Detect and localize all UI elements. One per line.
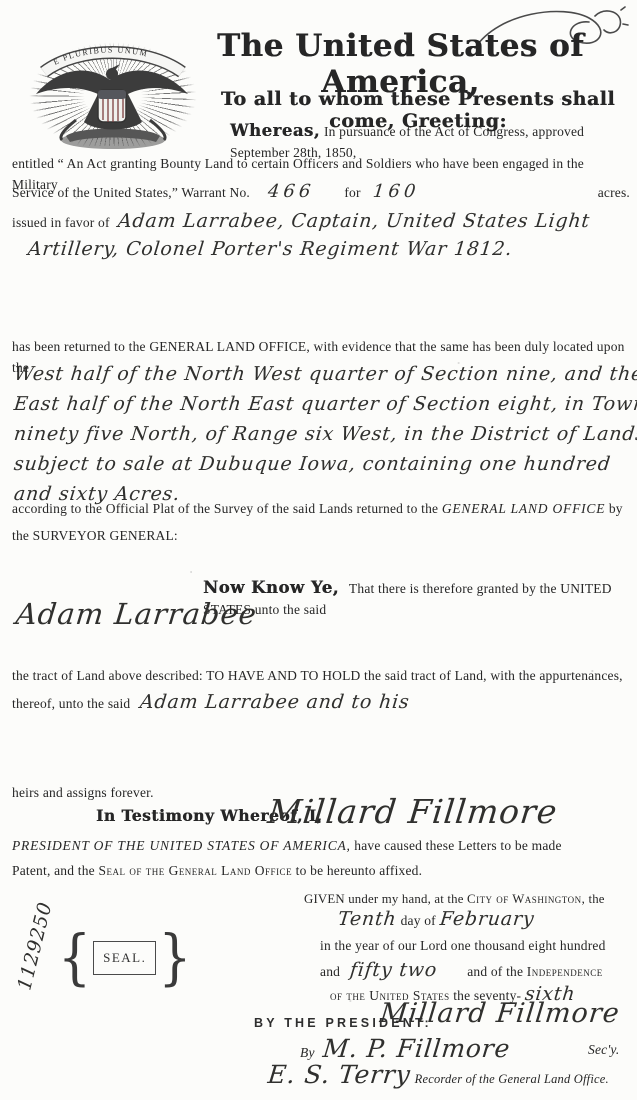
seal-brace-right: } — [158, 924, 191, 993]
heirs-line: heirs and assigns forever. — [12, 783, 154, 804]
president-signature: Millard Fillmore — [378, 998, 621, 1029]
secretary-title: Sec'y. — [588, 1040, 619, 1061]
grantee-signature: Adam Larrabee — [14, 597, 259, 631]
acres-value: 160 — [372, 181, 421, 202]
land-description-line: ninety five North, of Range six West, in… — [12, 420, 637, 449]
issued-label: issued in favor of — [12, 215, 110, 230]
given-year-line2: and fifty two and of the Independence — [320, 959, 632, 983]
now-know-ye-lead: Now Know Ye, — [203, 578, 339, 597]
seal-mark: { SEAL. } — [58, 928, 191, 988]
by-label: By — [300, 1045, 315, 1060]
acres-label: acres. — [598, 183, 630, 204]
recorder-title: Recorder of the General Land Office. — [415, 1072, 609, 1086]
president-signature-testimony: Millard Fillmore — [266, 792, 560, 831]
tract-line2: thereof, unto the said Adam Larrabee and… — [12, 691, 634, 715]
plat-line2: the SURVEYOR GENERAL: — [12, 526, 178, 547]
grantee-name-hand-2: Artillery, Colonel Porter's Regiment War… — [27, 238, 514, 260]
land-description-line: subject to sale at Dubuque Iowa, contain… — [12, 450, 612, 479]
tract-line1: the tract of Land above described: TO HA… — [12, 666, 634, 687]
warrant-number-value: 466 — [267, 181, 316, 202]
warrant-line: Service of the United States,” Warrant N… — [12, 181, 630, 204]
grantee-name-hand-1: Adam Larrabee, Captain, United States Li… — [117, 210, 591, 232]
land-patent-document: E PLURIBUS UNUM The United States of Ame… — [0, 0, 637, 1100]
whereas-lead: Whereas, — [230, 121, 320, 140]
patent-seal-line: Patent, and the Seal of the General Land… — [12, 861, 634, 882]
given-year-hand: fifty two — [349, 959, 438, 981]
land-description-line: West half of the North West quarter of S… — [12, 360, 637, 389]
president-line: PRESIDENT OF THE UNITED STATES OF AMERIC… — [12, 836, 634, 857]
seal-brace-left: { — [58, 924, 91, 993]
given-date-line: Tenth day of February — [338, 908, 534, 932]
ledger-number: 1129250 — [6, 871, 64, 1022]
given-line1: GIVEN under my hand, at the City of Wash… — [304, 890, 605, 910]
secretary-signature: M. P. Fillmore — [321, 1034, 511, 1063]
grantee-heirs-hand: Adam Larrabee and to his — [139, 691, 411, 713]
plat-line1: according to the Official Plat of the Su… — [12, 499, 634, 520]
seal-label: SEAL. — [93, 941, 156, 975]
given-month-hand: February — [439, 908, 536, 930]
recorder-line: E. S. Terry Recorder of the General Land… — [268, 1060, 609, 1089]
given-day-hand: Tenth — [337, 908, 398, 930]
issued-line: issued in favor of Adam Larrabee, Captai… — [12, 210, 632, 234]
recorder-signature: E. S. Terry — [266, 1060, 412, 1089]
now-know-ye-line: Now Know Ye, That there is therefore gra… — [203, 578, 633, 621]
land-description-line: East half of the North East quarter of S… — [12, 390, 637, 419]
land-description: West half of the North West quarter of S… — [14, 360, 630, 510]
given-year-line1: in the year of our Lord one thousand eig… — [320, 936, 606, 957]
